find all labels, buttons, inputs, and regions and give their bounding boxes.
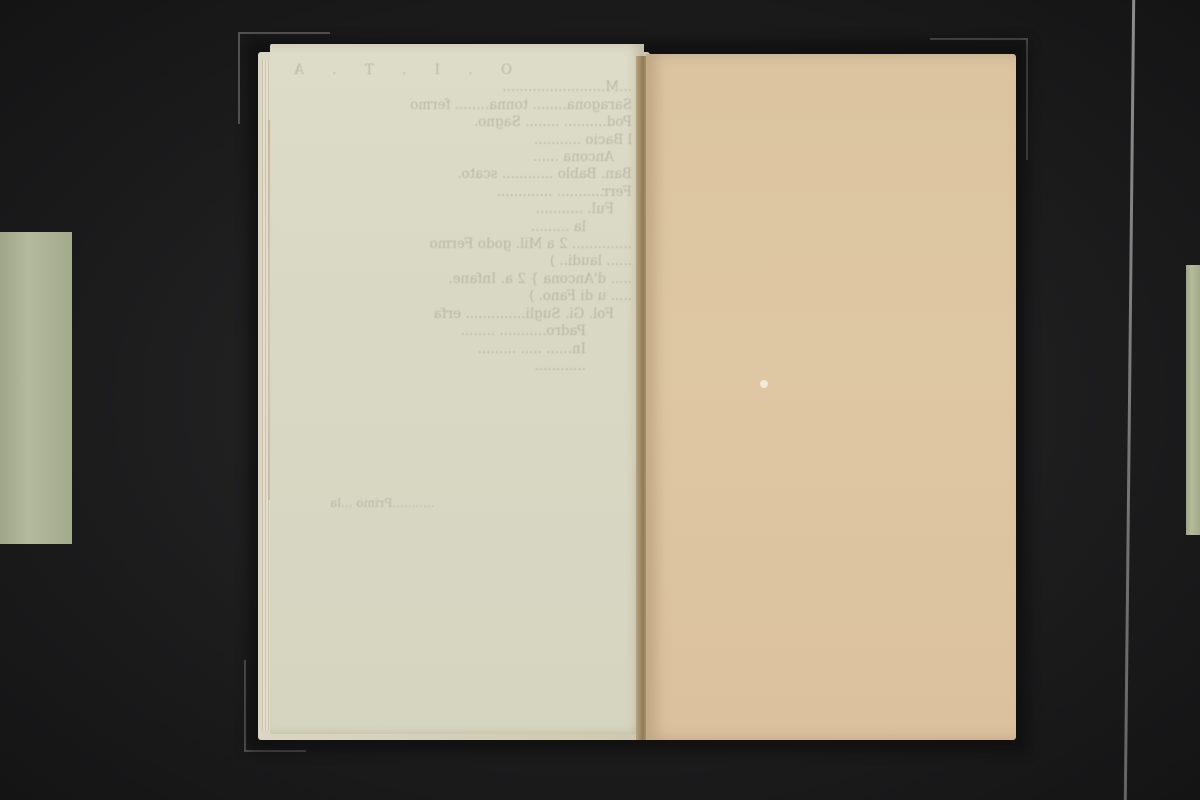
text-line: ...... laudi.. ) [300, 253, 632, 270]
text-line: Padro........... ........ [300, 323, 632, 340]
text-line: ............ [300, 358, 632, 375]
text-line: Ful. ........... [300, 201, 632, 218]
page-header: O . I . T . A [300, 62, 632, 79]
text-line: ..... u di Fano. ) [300, 288, 632, 305]
text-line: Pod.......... ........ Sagno. [300, 114, 632, 131]
masking-tape-right [1186, 265, 1200, 535]
masking-tape-left [0, 232, 72, 544]
text-line: Ferr........... ............. [300, 184, 632, 201]
text-line: la ......... [300, 219, 632, 236]
right-page-blank [646, 54, 1016, 740]
footer-bleed-text: ...........Primo ...la [330, 496, 434, 510]
text-line: Saragona........ tonna........ fermo [300, 97, 632, 114]
left-page-bleed-through-text: O . I . T . A ...M......................… [300, 62, 632, 375]
text-line: Fol. Gi. Sugli.............. erfa [300, 306, 632, 323]
text-line: .............. 2 a Mil. godo Fermo [300, 236, 632, 253]
text-line: ..... d'Ancona } 2 a. Infane. [300, 271, 632, 288]
text-line: ...M........................ [300, 79, 632, 96]
text-line: Ancona ...... [300, 149, 632, 166]
paper-speck [760, 380, 768, 388]
text-line: Ban. Bablo ............ scato. [300, 166, 632, 183]
text-line: l Bacio ........... [300, 132, 632, 149]
text-line: In...... ..... ......... [300, 341, 632, 358]
